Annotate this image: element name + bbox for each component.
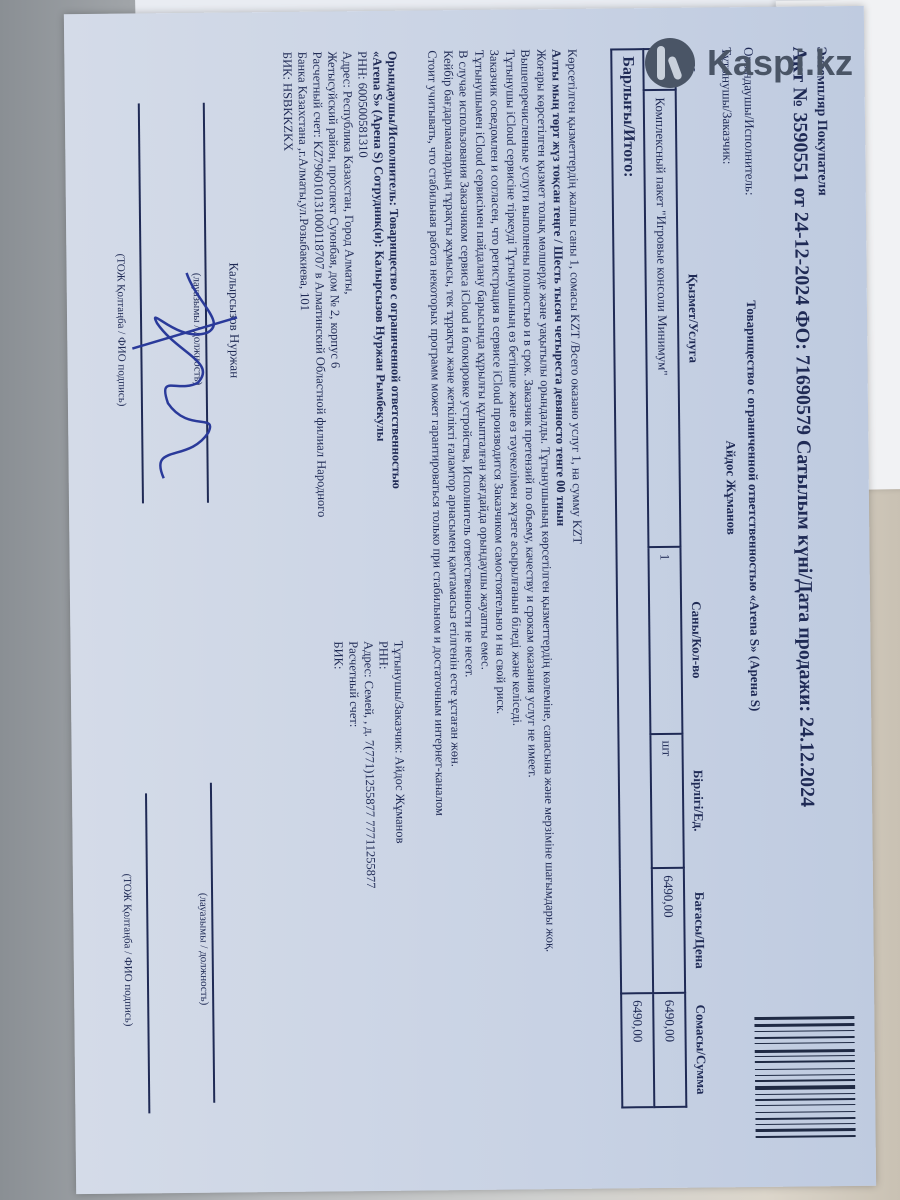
- row-quantity: 1: [648, 547, 682, 734]
- barcode-bar: [756, 1138, 856, 1140]
- items-table: № Қызмет/Услуга Саны/Кол-во Бірлігі/Ед. …: [610, 48, 715, 1109]
- row-sum: 6490,00: [653, 993, 686, 1107]
- customer-account: Расчетный счет:: [345, 641, 363, 889]
- barcode-bar: [755, 1082, 855, 1084]
- barcode-bar: [755, 1063, 855, 1066]
- barcode: [754, 1016, 855, 1147]
- customer-address: Адрес: Семей, , д. 7(771)1255877 7771125…: [360, 641, 378, 889]
- kaspi-brand-text: Kaspi.kz: [707, 42, 853, 84]
- customer-position-caption: (лауазымы / должность): [197, 893, 210, 1006]
- executor-signature: [864, 6, 876, 1186]
- customer-row: Тұтынушы/Заказчик: Айдос Жұманов: [718, 47, 739, 535]
- barcode-bar: [756, 1128, 856, 1132]
- col-price: Бағасы/Цена: [684, 868, 714, 993]
- barcode-bar: [754, 1027, 854, 1029]
- handwritten-signature-icon: [116, 262, 258, 493]
- executor-value: Товарищество с ограниченной ответственно…: [744, 300, 763, 711]
- executor-details-label: Орындаушы/Исполнитель:: [385, 51, 401, 206]
- barcode-bar: [755, 1120, 855, 1122]
- total-value: 6490,00: [621, 993, 654, 1107]
- service-act-document: Экземпляр Покупателя Акт № 3590551 от 24…: [64, 6, 876, 1194]
- col-quantity: Саны/Кол-во: [680, 546, 711, 733]
- kaspi-watermark: Kaspi.kz: [645, 38, 853, 88]
- executor-row: Орындаушы/Исполнитель: Товарищество с ог…: [740, 47, 763, 711]
- barcode-bar: [755, 1044, 855, 1047]
- barcode-bar: [755, 1111, 855, 1113]
- col-sum: Сомасы/Сумма: [685, 992, 715, 1106]
- kaspi-logo-icon: [645, 38, 695, 88]
- barcode-bar: [755, 1036, 855, 1039]
- barcode-bar: [755, 1074, 855, 1076]
- barcode-bar: [755, 1055, 855, 1057]
- row-service: Комплексный пакет "Игровые консоли Миним…: [644, 90, 681, 547]
- customer-sign-line: [145, 793, 150, 1113]
- customer-value: Айдос Жұманов: [723, 440, 739, 534]
- col-unit: Бірлігі/Ед.: [682, 733, 712, 868]
- row-unit: шт: [650, 733, 683, 868]
- customer-details: Тұтынушы/Заказчик: Айдос Жұманов РНН: Ад…: [330, 641, 408, 889]
- barcode-bar: [755, 1093, 855, 1095]
- barcode-bar: [754, 1016, 854, 1020]
- terms-text: Көрсетілген қызметтердің жалпы саны 1, с…: [424, 49, 590, 1131]
- executor-details: Орындаушы/Исполнитель: Товарищество с ог…: [279, 51, 404, 518]
- executor-details-value: Товарищество с ограниченной ответственно…: [387, 209, 404, 489]
- customer-details-line: Тұтынушы/Заказчик: Айдос Жұманов: [390, 641, 408, 889]
- customer-position-line: [210, 783, 215, 1103]
- barcode-bar: [755, 1101, 855, 1103]
- customer-sign-caption: (ТОЖ Қолтаңба / ФИО подпись): [121, 874, 135, 1027]
- col-service: Қызмет/Услуга: [676, 90, 710, 547]
- row-price: 6490,00: [652, 868, 685, 993]
